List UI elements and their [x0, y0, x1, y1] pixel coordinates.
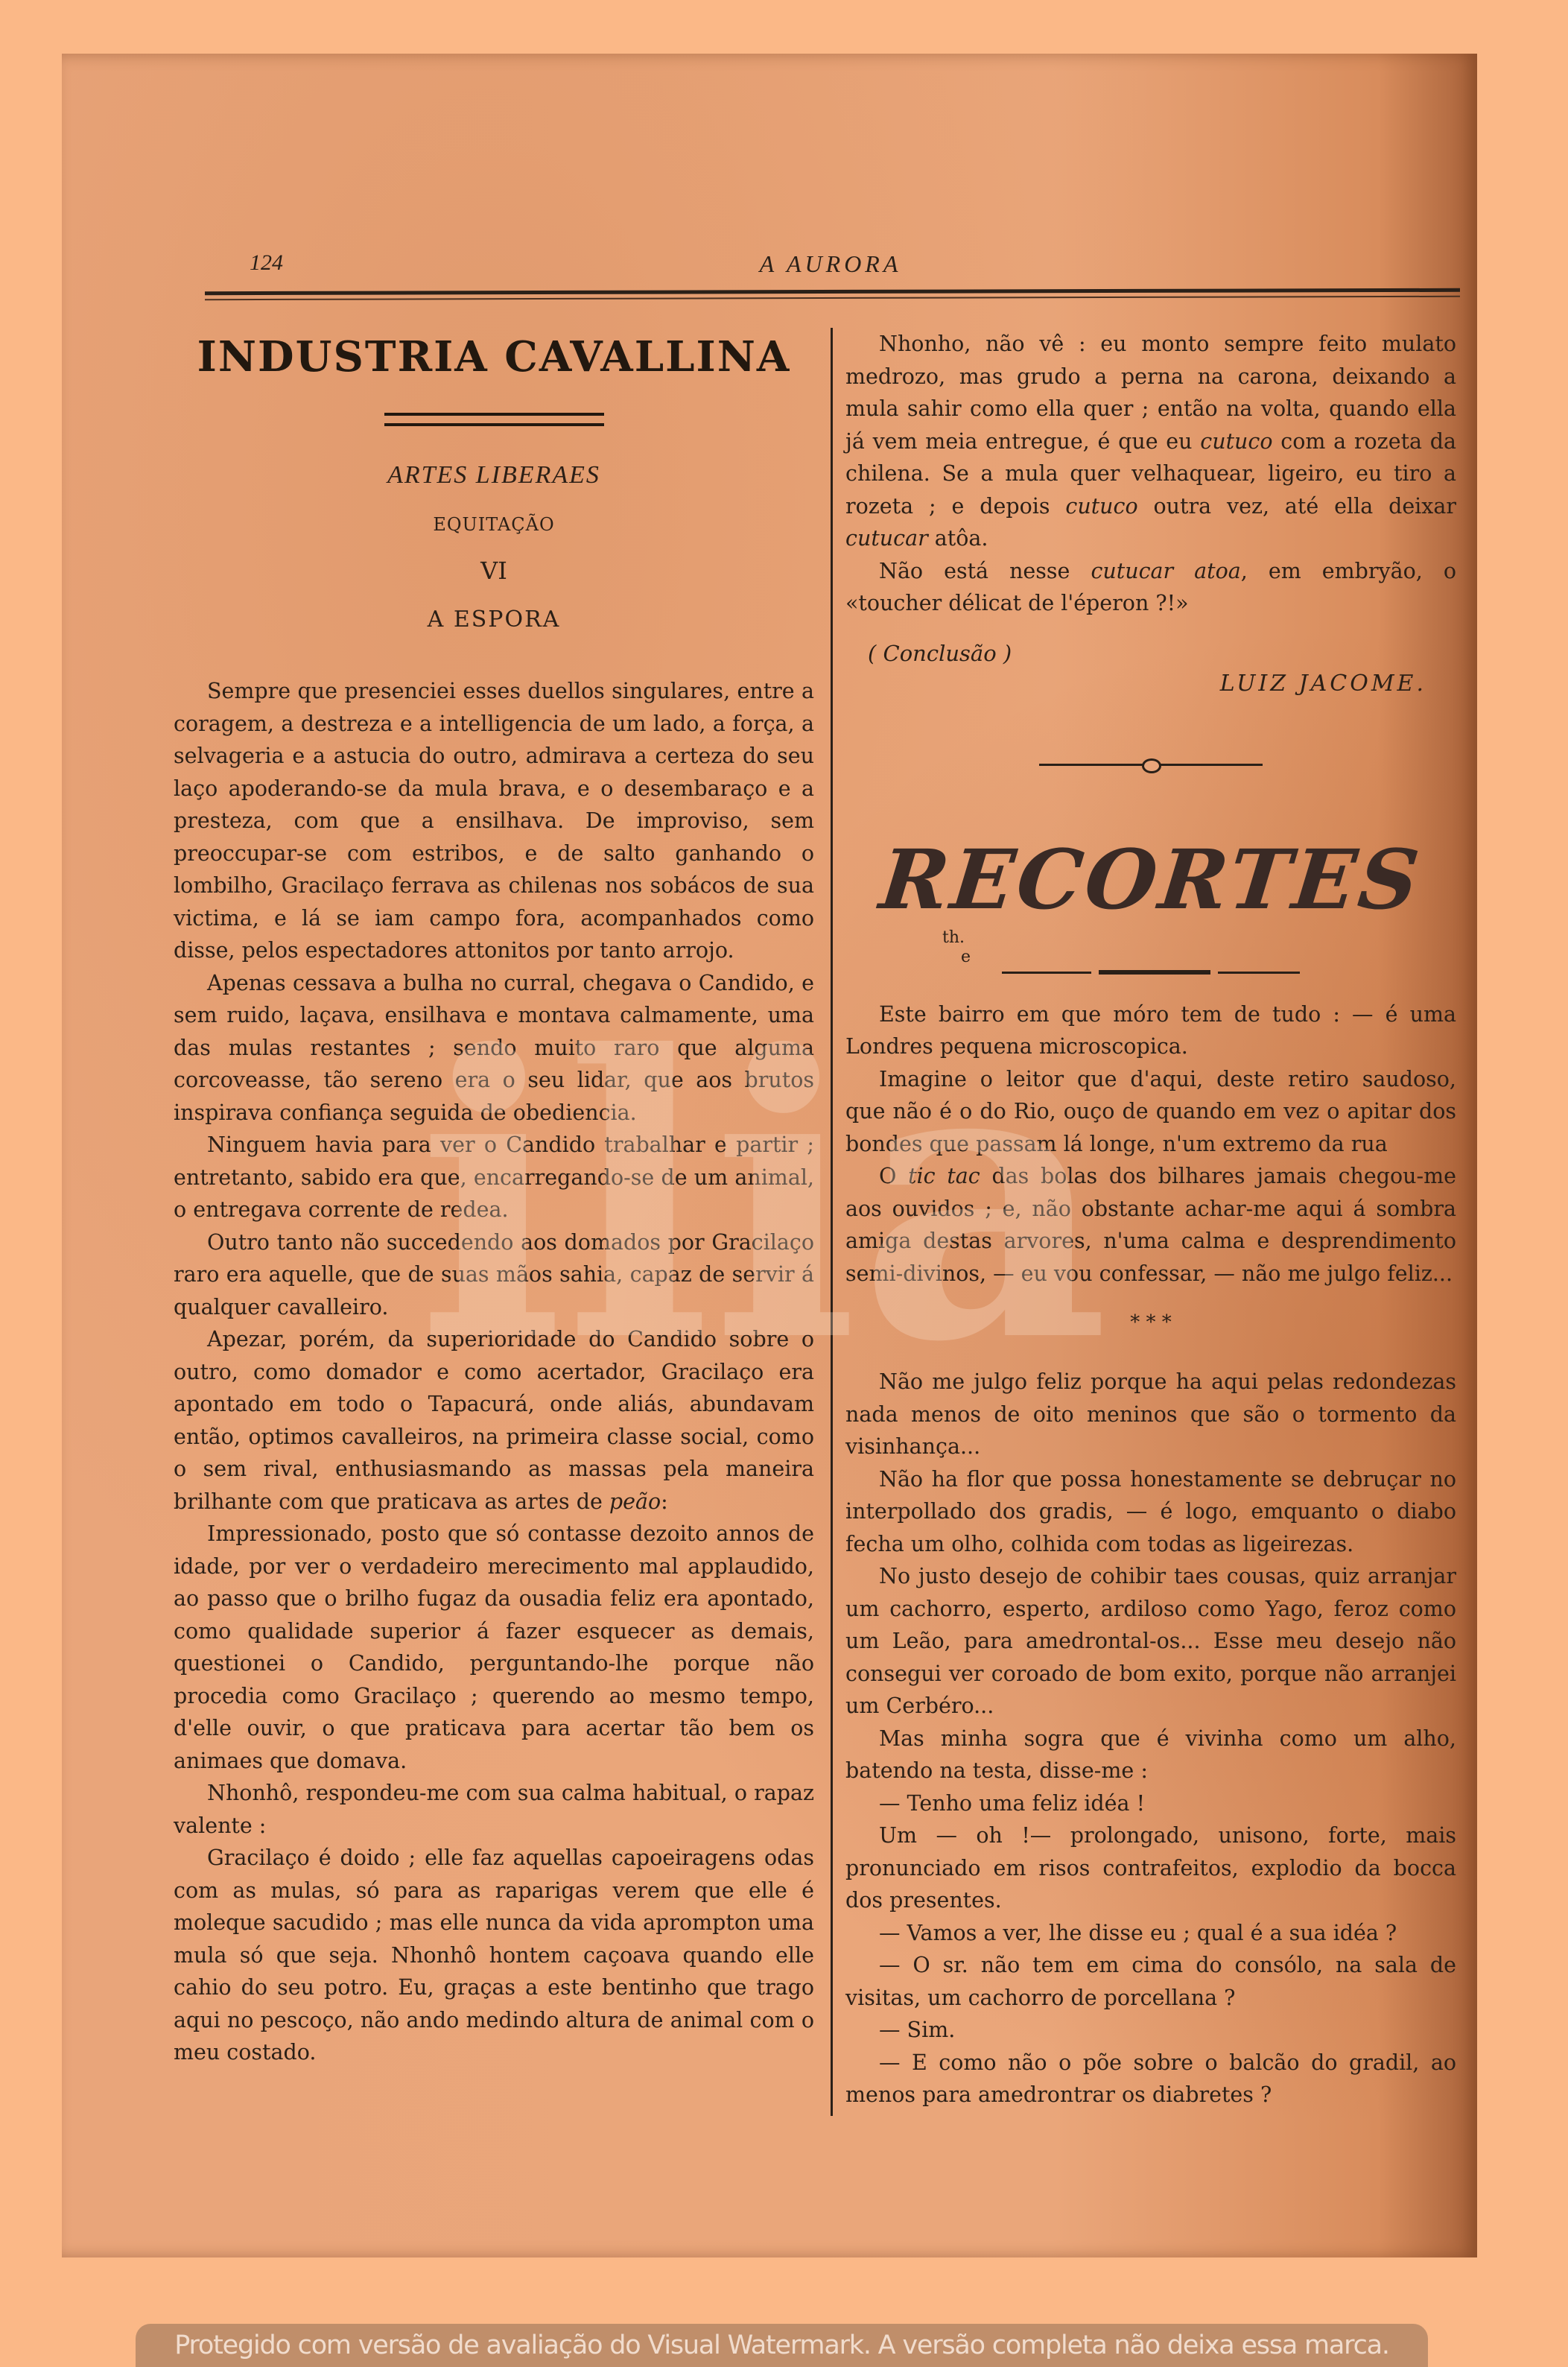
paragraph: — Vamos a ver, lhe disse eu ; qual é a s… — [845, 1917, 1456, 1950]
paragraph: No justo desejo de cohibir taes cousas, … — [845, 1560, 1456, 1723]
paragraph: Não me julgo feliz porque ha aqui pelas … — [845, 1366, 1456, 1463]
paragraph: Impressionado, posto que só contasse dez… — [174, 1518, 814, 1777]
watermark-footer: Protegido com versão de avaliação do Vis… — [136, 2324, 1428, 2367]
ornament-divider — [1039, 757, 1263, 772]
paragraph: — O sr. não tem em cima do consólo, na s… — [845, 1949, 1456, 2014]
journal-title: A AURORA — [205, 250, 1456, 278]
running-head: 124 A AURORA — [205, 250, 1456, 280]
paragraph: Não está nesse cutucar atoa, em embryão,… — [845, 555, 1456, 620]
article-section: EQUITAÇÃO — [174, 510, 814, 539]
title-rule — [384, 413, 604, 426]
paragraph: — Sim. — [845, 2014, 1456, 2047]
paragraph: Mas minha sogra que é vivinha como um al… — [845, 1723, 1456, 1787]
recortes-heading: RECORTES — [840, 831, 1461, 928]
paragraph: Este bairro em que móro tem de tudo : — … — [845, 998, 1456, 1063]
paragraph: Nhonhô, respondeu-me com sua calma habit… — [174, 1777, 814, 1842]
article-title: INDUSTRIA CAVALLINA — [174, 331, 814, 383]
paragraph: O tic tac das bolas dos bilhares jamais … — [845, 1160, 1456, 1290]
paragraph: Gracilaço é doido ; elle faz aquellas ca… — [174, 1842, 814, 2069]
paragraph: Não ha flor que possa honestamente se de… — [845, 1463, 1456, 1561]
chapter-title: A ESPORA — [174, 603, 814, 636]
left-column: INDUSTRIA CAVALLINA ARTES LIBERAES EQUIT… — [174, 328, 814, 2069]
conclusion-note: ( Conclusão ) — [868, 638, 1012, 671]
column-divider — [831, 328, 833, 2116]
paragraph: — E como não o põe sobre o balcão do gra… — [845, 2047, 1456, 2111]
paragraph: Apezar, porém, da superioridade do Candi… — [174, 1323, 814, 1518]
signature-block: ( Conclusão ) LUIZ JACOME. — [845, 638, 1456, 705]
chapter-numeral: VI — [174, 554, 814, 587]
paragraph: Um — oh !— prolongado, unisono, forte, m… — [845, 1819, 1456, 1917]
text-fragment: th. — [942, 928, 1456, 948]
paragraph: — Tenho uma feliz idéa ! — [845, 1787, 1456, 1820]
paragraph: Apenas cessava a bulha no curral, chegav… — [174, 967, 814, 1129]
paragraph: Nhonho, não vê : eu monto sempre feito m… — [845, 328, 1456, 555]
author-name: LUIZ JACOME. — [1220, 668, 1426, 700]
paragraph: Sempre que presenciei esses duellos sing… — [174, 675, 814, 967]
recortes-rule — [1002, 970, 1300, 976]
asterism: * * * — [845, 1314, 1456, 1331]
paragraph: Ninguem havia para ver o Candido trabalh… — [174, 1129, 814, 1226]
paragraph: Imagine o leitor que d'aqui, deste retir… — [845, 1063, 1456, 1161]
paragraph: Outro tanto não succedendo aos domados p… — [174, 1226, 814, 1324]
text-fragment: e — [961, 948, 1456, 967]
right-column: Nhonho, não vê : eu monto sempre feito m… — [845, 328, 1456, 2111]
article-subtitle: ARTES LIBERAES — [174, 459, 814, 492]
